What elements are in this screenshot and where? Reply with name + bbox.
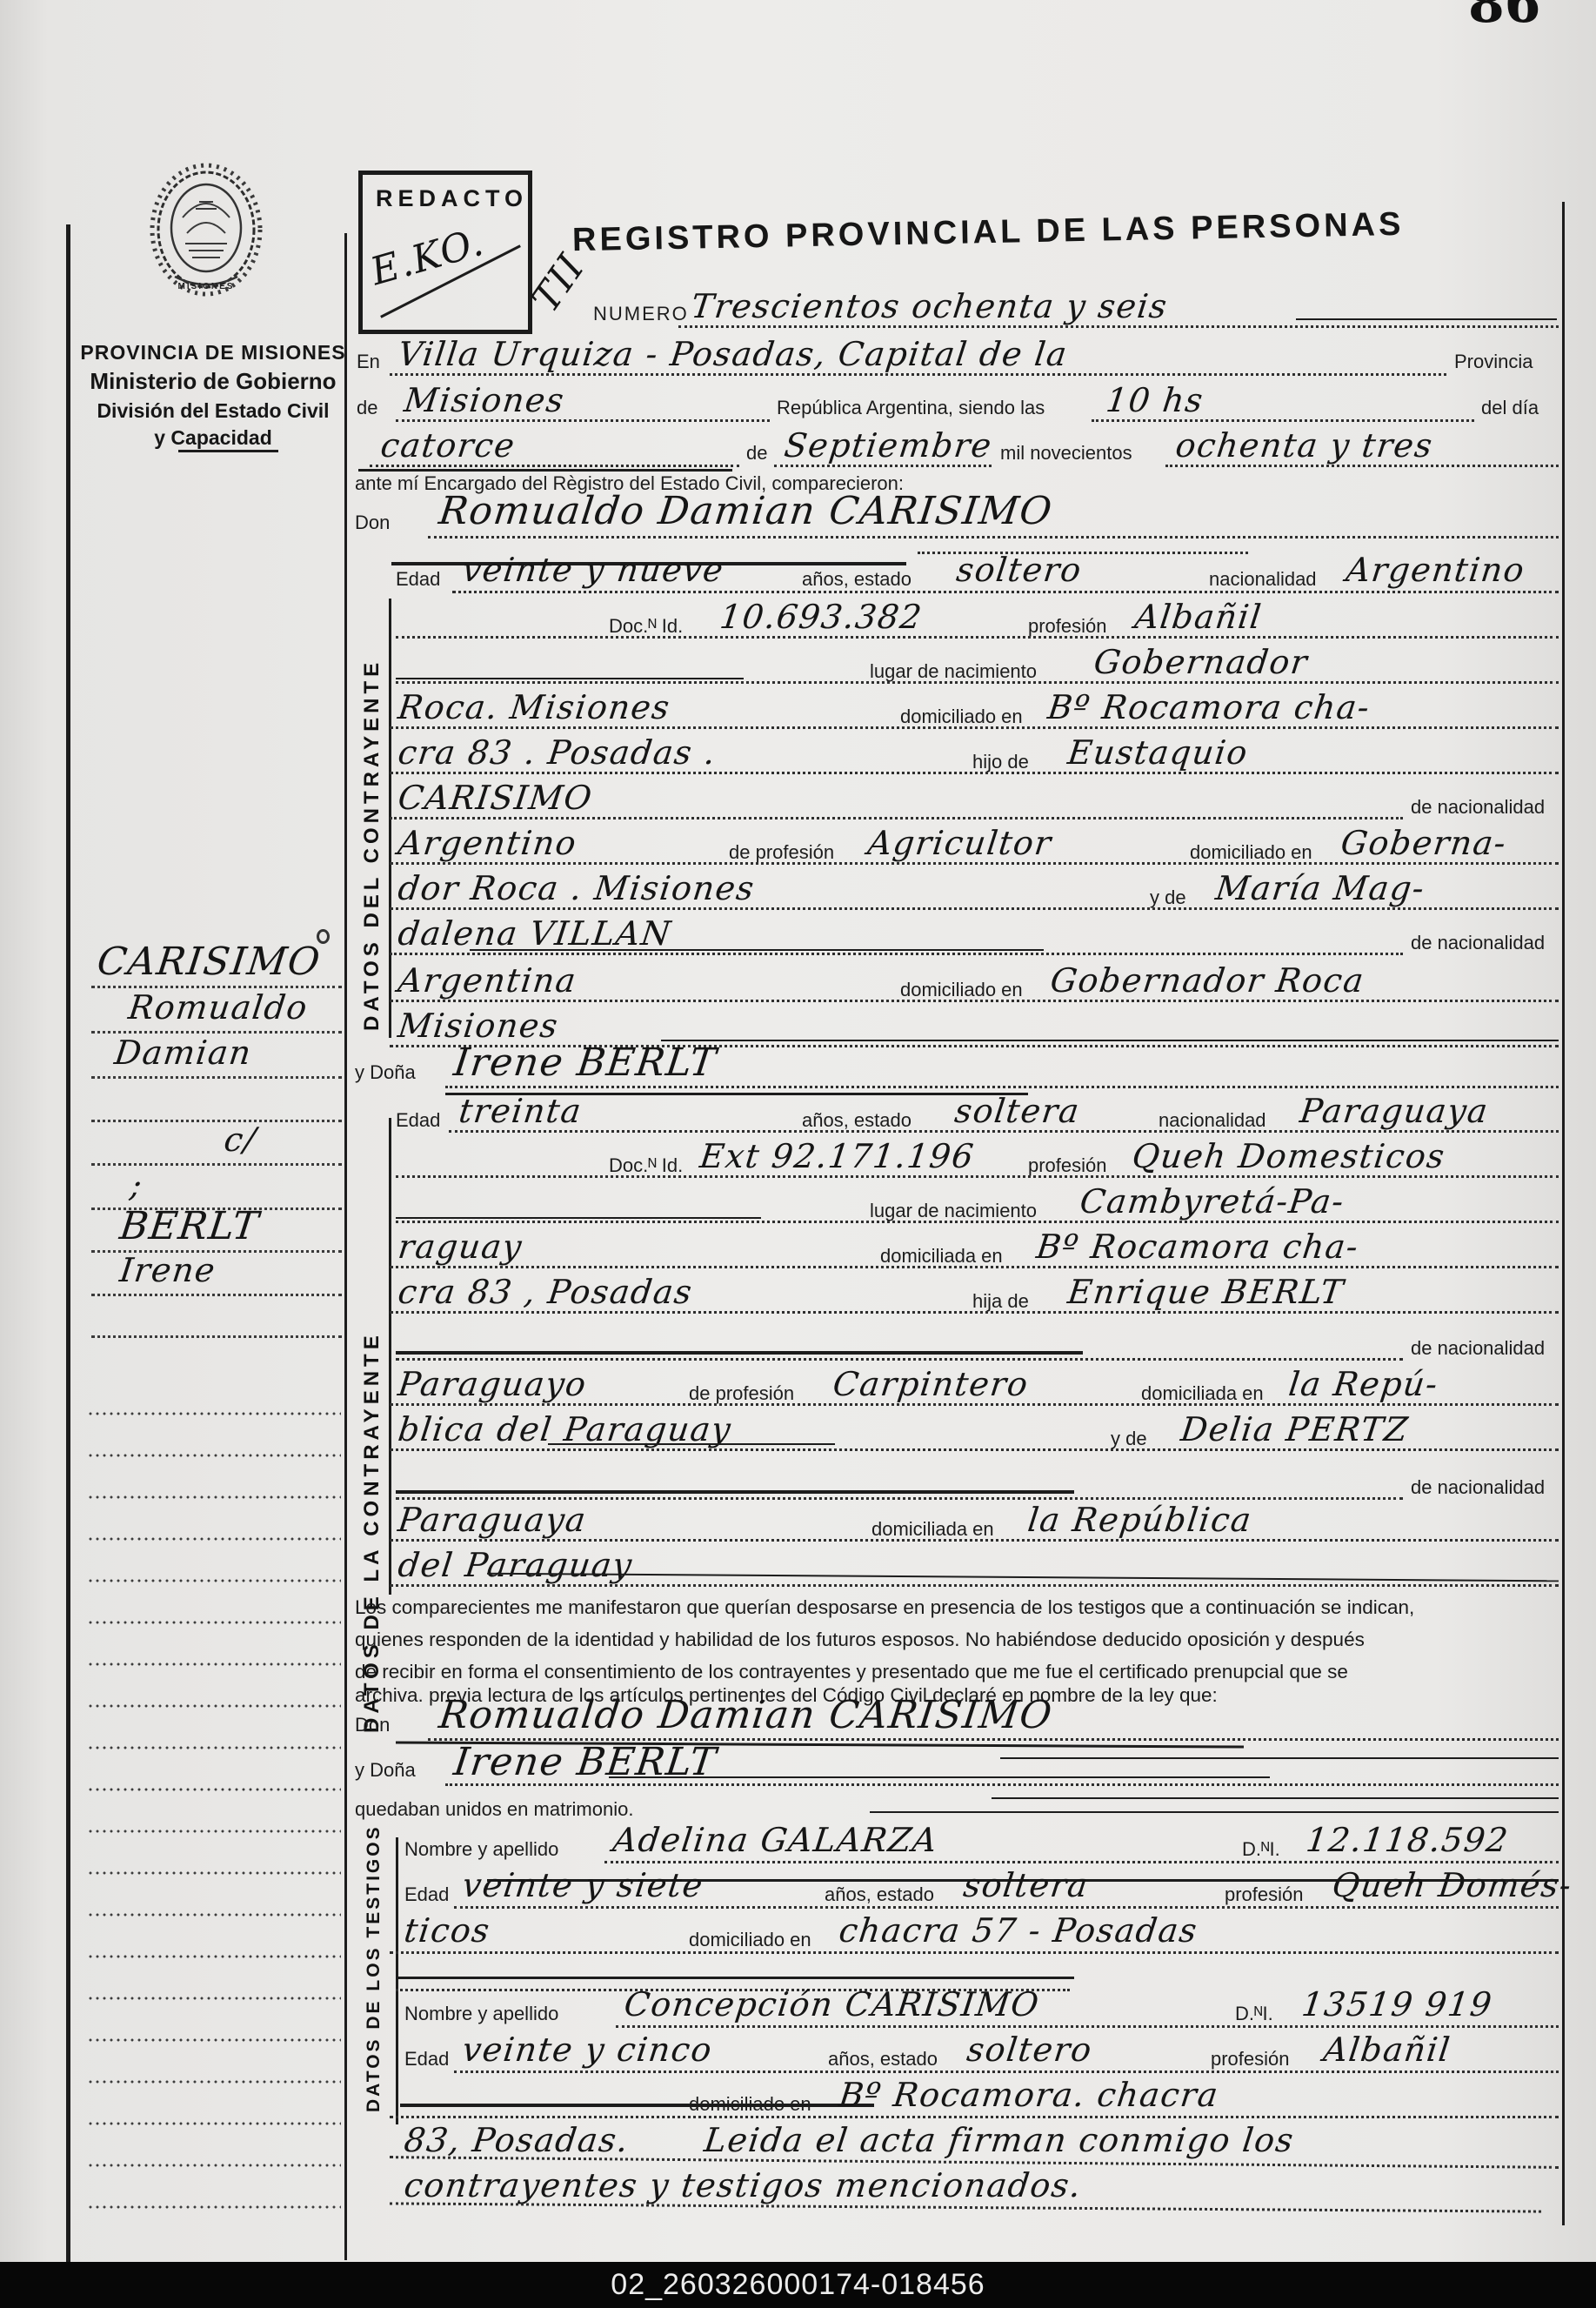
- rule-line: [548, 1443, 835, 1445]
- label-de-profesion-1: de profesión: [729, 841, 834, 864]
- rule-line: [609, 1776, 1270, 1778]
- label-nombre-apellido-w2: Nombre y apellido: [404, 2003, 558, 2025]
- entry-bride-father: Enrique BERLT: [1065, 1273, 1346, 1311]
- dotted-underline: [390, 1448, 1559, 1451]
- entry-bride-mother-address-2: del Paraguay: [396, 1546, 635, 1584]
- entry-bride-doc: Ext 92.171.196: [698, 1137, 976, 1175]
- sidebar-witnesses-section: DATOS DE LOS TESTIGOS: [364, 1824, 384, 2112]
- dotted-underline: [390, 1266, 1559, 1268]
- label-edad-bride: Edad: [396, 1109, 440, 1132]
- entry-witness1-dni: 12.118.592: [1304, 1821, 1511, 1859]
- label-numero: NUMERO: [593, 303, 689, 325]
- entry-bride-nationality: Paraguaya: [1298, 1092, 1491, 1130]
- entry-witness2-dni: 13519 919: [1299, 1985, 1494, 2024]
- label-hija-de: hija de: [972, 1290, 1029, 1313]
- label-don-declaration: Don: [355, 1714, 390, 1736]
- dotted-underline: [396, 1221, 1559, 1223]
- entry-day: catorce: [378, 426, 518, 465]
- label-domiciliado-w1: domiciliado en: [689, 1929, 811, 1951]
- dotted-underline: [396, 1175, 1559, 1178]
- entry-witness2-name: Concepción CARISIMO: [622, 1985, 1042, 2024]
- entry-bride-status: soltera: [952, 1092, 1082, 1130]
- label-de-nacionalidad-2: de nacionalidad: [1411, 932, 1545, 954]
- scan-footer-bar: 02_260326000174-018456: [0, 2262, 1596, 2308]
- entry-bride-father-profession: Carpintero: [831, 1365, 1031, 1403]
- margin-divider-rule: [344, 233, 347, 2260]
- label-profesion-bride: profesión: [1028, 1154, 1107, 1177]
- label-y-dona-declaration: y Doña: [355, 1759, 416, 1782]
- margin-blank-dotted-lines: [87, 1374, 341, 2244]
- label-hijo-de: hijo de: [972, 751, 1029, 773]
- entry-bride-father-nationality: Paraguayo: [396, 1365, 589, 1403]
- body-paragraph-line-1: Los comparecientes me manifestaron que q…: [355, 1596, 1414, 1619]
- rule-line: [358, 469, 732, 472]
- rule-line: [1000, 1757, 1559, 1759]
- entry-witness1-status: soltera: [961, 1866, 1091, 1904]
- scan-reference-code: 02_260326000174-018456: [611, 2268, 985, 2302]
- label-de-profesion-2: de profesión: [689, 1382, 794, 1405]
- label-anos-estado-bride: años, estado: [802, 1109, 912, 1132]
- entry-bride-address-1: Bº Rocamora cha-: [1034, 1228, 1361, 1266]
- dotted-underline: [452, 591, 1559, 593]
- margin-left-rule: [66, 224, 70, 2286]
- label-provincia: Provincia: [1454, 351, 1533, 373]
- dotted-underline: [396, 1497, 1403, 1500]
- dotted-underline: [390, 817, 1403, 820]
- entry-bride-age: treinta: [457, 1092, 584, 1130]
- label-dni-w2: D.ᴺI.: [1235, 2003, 1273, 2025]
- dotted-underline: [616, 2025, 1559, 2028]
- entry-groom-father-profession: Agricultor: [865, 824, 1054, 862]
- entry-groom-doc: 10.693.382: [718, 598, 925, 636]
- dotted-underline: [445, 1783, 1559, 1786]
- margin-bride-surname: BERLT: [117, 1204, 262, 1248]
- dotted-underline: [396, 681, 1559, 684]
- entry-bride-mother-address-1: la República: [1025, 1501, 1254, 1539]
- label-nombre-apellido-w1: Nombre y apellido: [404, 1838, 558, 1861]
- label-de-nacionalidad-3: de nacionalidad: [1411, 1337, 1545, 1360]
- witnesses-section-bracket: [396, 1837, 398, 2124]
- entry-witness1-age: veinte y siete: [460, 1866, 705, 1904]
- entry-groom-name: Romualdo Damian CARISIMO: [437, 489, 1055, 533]
- masthead-rule: [178, 450, 278, 452]
- dotted-underline: [396, 1358, 1403, 1361]
- page-right-rule: [1562, 202, 1565, 2225]
- label-republica-siendo-las: República Argentina, siendo las: [777, 397, 1045, 419]
- entry-witness2-status: soltero: [965, 2030, 1094, 2069]
- entry-groom-age: veinte y nueve: [460, 551, 726, 589]
- scanned-certificate-page: 86 MISIONES PROVINCIA DE MISIONES Minist…: [0, 0, 1596, 2308]
- label-y-dona: y Doña: [355, 1061, 416, 1084]
- label-doc-id-bride: Doc.ᴺ Id.: [609, 1154, 683, 1177]
- rule-line: [661, 1040, 1559, 1041]
- rule-line: [870, 1811, 1559, 1813]
- entry-witness1-name: Adelina GALARZA: [611, 1821, 940, 1859]
- label-del-dia: del día: [1481, 397, 1539, 419]
- margin-groom-surname: CARISIMO: [95, 940, 324, 984]
- label-de: de: [357, 397, 377, 419]
- rule-line: [1296, 318, 1557, 320]
- entry-hour: 10 hs: [1104, 381, 1205, 419]
- entry-groom-mother-nationality: Argentina: [396, 961, 578, 1000]
- dotted-underline: [390, 953, 1403, 955]
- entry-groom-address-1: Bº Rocamora cha-: [1045, 688, 1372, 726]
- entry-witness2-address-2: 83, Posadas.: [402, 2121, 631, 2159]
- body-paragraph-line-2: quienes responden de la identidad y habi…: [355, 1629, 1365, 1651]
- dotted-underline: [390, 1403, 1559, 1406]
- entry-year: ochenta y tres: [1173, 426, 1435, 465]
- sidebar-groom-section: DATOS DEL CONTRAYENTE: [360, 659, 384, 1031]
- entry-groom-nationality: Argentino: [1344, 551, 1527, 589]
- label-en: En: [357, 351, 380, 373]
- label-profesion-w1: profesión: [1225, 1883, 1304, 1906]
- dotted-underline: [390, 1584, 1559, 1587]
- entry-place: Villa Urquiza - Posadas, Capital de la: [396, 335, 1070, 373]
- entry-groom-father-nationality: Argentino: [396, 824, 579, 862]
- label-domiciliada-bride: domiciliada en: [880, 1245, 1003, 1268]
- dotted-underline: [449, 1130, 1559, 1133]
- dotted-underline: [678, 325, 1559, 328]
- rule-line: [487, 1573, 1559, 1582]
- label-lugar-nacimiento-bride: lugar de nacimiento: [870, 1200, 1037, 1222]
- entry-witness1-profession-2: ticos: [402, 1911, 492, 1950]
- entry-witness1-address: chacra 57 - Posadas: [837, 1911, 1199, 1950]
- entry-witness2-address-1: Bº Rocamora. chacra: [837, 2076, 1221, 2114]
- label-de-nacionalidad-1: de nacionalidad: [1411, 796, 1545, 819]
- masthead-ministry: Ministerio de Gobierno: [61, 368, 365, 395]
- dotted-underline: [396, 419, 770, 422]
- svg-text:MISIONES: MISIONES: [178, 282, 235, 291]
- label-de-month: de: [746, 442, 767, 465]
- province-seal-icon: MISIONES: [144, 157, 270, 313]
- label-profesion-w2: profesión: [1211, 2048, 1290, 2071]
- entry-groom-mother-address-1: Gobernador Roca: [1048, 961, 1366, 1000]
- rule-line: [470, 949, 1044, 951]
- masthead-division-line2: y Capacidad: [61, 426, 365, 450]
- dotted-underline: [390, 1539, 1559, 1542]
- margin-dotted-line: [91, 1163, 342, 1166]
- label-nacionalidad-groom: nacionalidad: [1209, 568, 1317, 591]
- entry-groom-mother-1: María Mag-: [1213, 869, 1427, 907]
- entry-groom-father-2: CARISIMO: [396, 779, 595, 817]
- label-edad-groom: Edad: [396, 568, 440, 591]
- entry-groom-mother-address-2: Misiones: [396, 1007, 560, 1045]
- entry-groom-mother-2: dalena VILLAN: [396, 914, 673, 953]
- label-y-de-1: y de: [1150, 886, 1186, 909]
- label-domiciliado-father: domiciliado en: [1190, 841, 1312, 864]
- entry-groom-birthplace-2: Roca. Misiones: [396, 688, 672, 726]
- margin-bride-firstname: Irene: [117, 1251, 218, 1289]
- entry-groom-father-address-1: Goberna-: [1339, 824, 1509, 862]
- dotted-underline: [390, 1311, 1559, 1314]
- rule-line: [396, 1217, 761, 1219]
- masthead-province: PROVINCIA DE MISIONES: [61, 341, 365, 365]
- body-paragraph-line-3: de recibir en forma el consentimiento de…: [355, 1661, 1348, 1683]
- label-quedaban-unidos: quedaban unidos en matrimonio.: [355, 1798, 633, 1821]
- entry-groom-address-2: cra 83 . Posadas .: [396, 733, 718, 772]
- masthead-division-line1: División del Estado Civil: [61, 399, 365, 423]
- dotted-underline: [604, 1861, 1559, 1863]
- entry-bride-birthplace-2: raguay: [396, 1228, 524, 1266]
- label-dni-w1: D.ᴺI.: [1242, 1838, 1280, 1861]
- bride-section-bracket: [389, 1118, 391, 1595]
- label-de-nacionalidad-4: de nacionalidad: [1411, 1476, 1545, 1499]
- dotted-underline: [390, 862, 1559, 865]
- dotted-underline: [390, 1000, 1559, 1002]
- dotted-underline: [1092, 419, 1474, 422]
- label-domiciliada-mother: domiciliada en: [871, 1518, 994, 1541]
- entry-acta-number: Trescientos ochenta y seis: [689, 287, 1170, 325]
- dotted-underline: [445, 1086, 1559, 1088]
- label-domiciliado-w2: domiciliado en: [689, 2093, 811, 2116]
- label-edad-w2: Edad: [404, 2048, 449, 2071]
- entry-bride-mother: Delia PERTZ: [1179, 1410, 1411, 1448]
- label-domiciliado-groom: domiciliado en: [900, 706, 1023, 728]
- label-profesion-groom: profesión: [1028, 615, 1107, 638]
- rule-line: [396, 678, 744, 679]
- dotted-underline: [390, 907, 1559, 910]
- dotted-underline: [370, 465, 739, 467]
- entry-bride-name: Irene BERLT: [451, 1040, 719, 1085]
- entry-bride-birthplace-1: Cambyretá-Pa-: [1078, 1182, 1346, 1221]
- margin-separator-mark: ;: [128, 1166, 145, 1204]
- form-title: REGISTRO PROVINCIAL DE LAS PERSONAS: [572, 206, 1405, 259]
- label-nacionalidad-bride: nacionalidad: [1159, 1109, 1266, 1132]
- dotted-underline: [774, 465, 992, 467]
- margin-groom-middlename: Damian: [112, 1034, 254, 1072]
- label-lugar-nacimiento-groom: lugar de nacimiento: [870, 660, 1037, 683]
- redacto-stamp-label: REDACTO: [376, 185, 515, 212]
- entry-groom-father-address-2: dor Roca . Misiones: [396, 869, 757, 907]
- margin-dotted-line: [91, 1076, 342, 1079]
- entry-bride-father-address-1: la Repú-: [1286, 1365, 1440, 1403]
- entry-witness2-age: veinte y cinco: [460, 2030, 714, 2069]
- margin-dotted-line: [91, 1120, 342, 1122]
- rule-line: [992, 1797, 1559, 1799]
- entry-groom-birthplace-1: Gobernador: [1092, 643, 1310, 681]
- label-anos-estado-w2: años, estado: [828, 2048, 938, 2071]
- entry-witness2-profession: Albañil: [1321, 2030, 1452, 2069]
- dotted-underline: [390, 772, 1559, 774]
- label-doc-id-groom: Doc.ᴺ Id.: [609, 615, 683, 638]
- label-don: Don: [355, 512, 390, 534]
- entry-witness1-profession-1: Queh Domés-: [1330, 1866, 1574, 1904]
- dotted-underline: [454, 1906, 1559, 1909]
- entry-closing-line-2: contrayentes y testigos mencionados.: [402, 2166, 1084, 2204]
- dotted-underline: [390, 2116, 1559, 2118]
- label-domiciliado-mother: domiciliado en: [900, 979, 1023, 1001]
- label-edad-w1: Edad: [404, 1883, 449, 1906]
- margin-dotted-line: [91, 1294, 342, 1296]
- label-domiciliada-father: domiciliada en: [1141, 1382, 1264, 1405]
- dotted-underline: [390, 373, 1446, 376]
- witness-separator-rule: [396, 1977, 1074, 1979]
- dotted-underline: [396, 636, 1559, 639]
- rule-line: [396, 1351, 1083, 1355]
- entry-bride-profession: Queh Domesticos: [1130, 1137, 1447, 1175]
- dotted-underline: [390, 1951, 1559, 1954]
- margin-groom-firstname: Romualdo: [126, 988, 310, 1027]
- entry-groom-status: soltero: [954, 551, 1084, 589]
- entry-closing-line-1: Leida el acta firman conmigo los: [702, 2121, 1296, 2159]
- label-mil-novecientos: mil novecientos: [1000, 442, 1132, 465]
- label-anos-estado-w1: años, estado: [825, 1883, 934, 1906]
- entry-month: Septiembre: [782, 426, 994, 465]
- rule-line: [396, 1490, 1074, 1494]
- page-number: 86: [1468, 0, 1541, 35]
- margin-versus-mark: c/: [222, 1121, 258, 1159]
- entry-bride-address-2: cra 83 , Posadas: [396, 1273, 695, 1311]
- entry-bride-mother-nationality: Paraguaya: [396, 1501, 589, 1539]
- entry-groom-profession: Albañil: [1132, 598, 1264, 636]
- dotted-underline: [390, 726, 1559, 729]
- label-anos-estado-groom: años, estado: [802, 568, 912, 591]
- label-y-de-2: y de: [1111, 1428, 1147, 1450]
- entry-declaration-groom: Romualdo Damian CARISIMO: [437, 1693, 1055, 1737]
- margin-dotted-line: [91, 1335, 342, 1338]
- entry-groom-father-1: Eustaquio: [1065, 733, 1250, 772]
- entry-province: Misiones: [402, 381, 566, 419]
- dotted-underline: [454, 2071, 1559, 2073]
- dotted-underline: [1165, 465, 1559, 467]
- dotted-underline: [428, 536, 1559, 539]
